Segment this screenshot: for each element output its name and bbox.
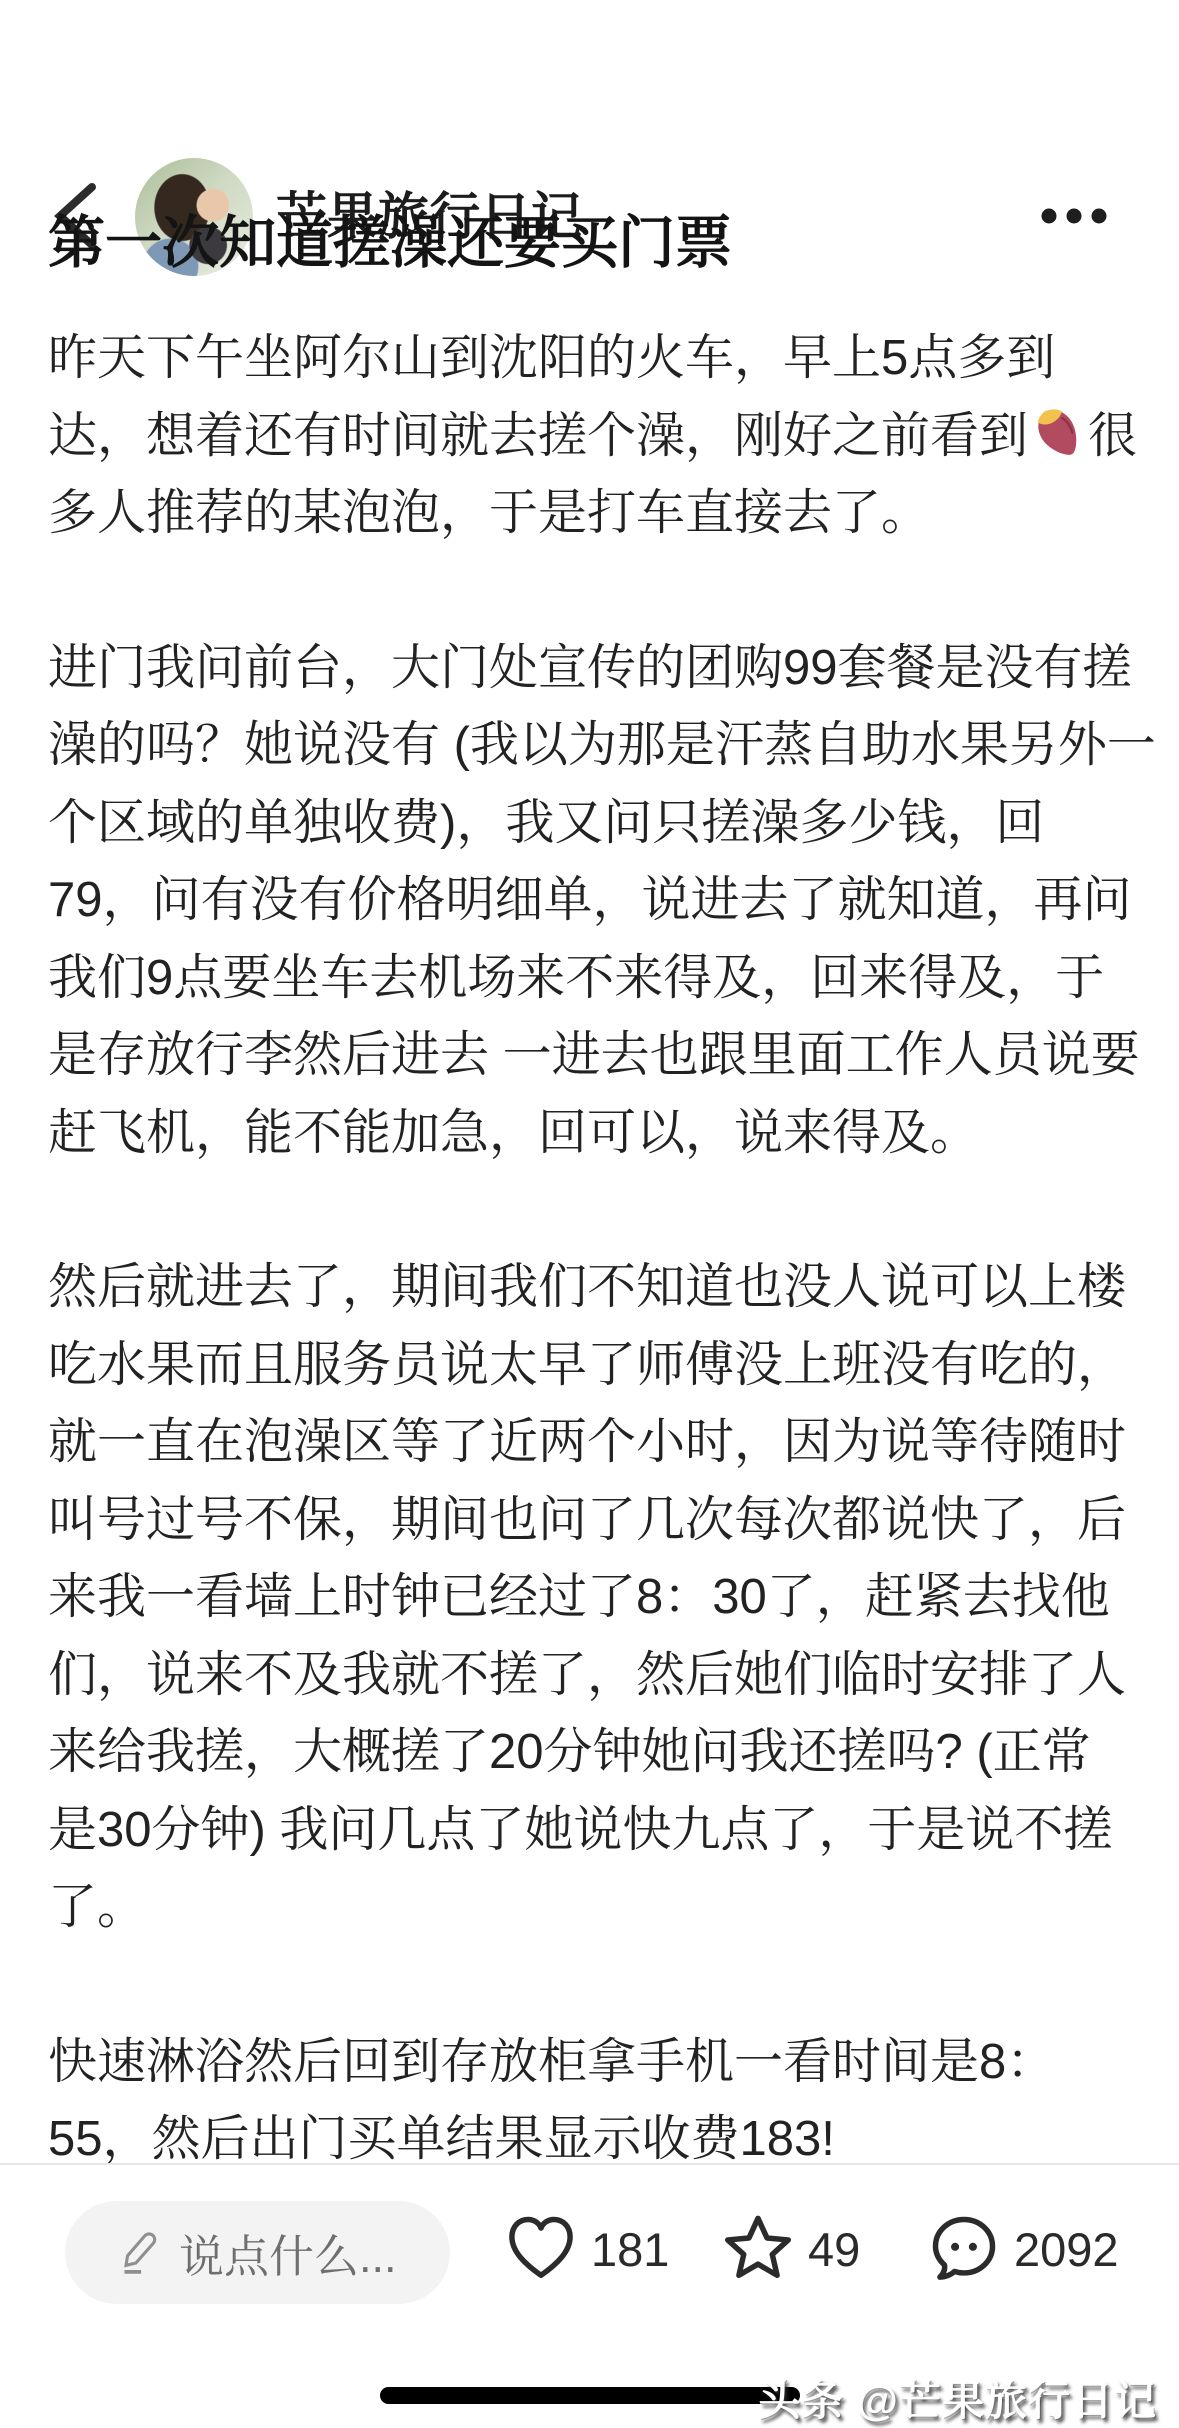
like-count: 181 xyxy=(591,2222,669,2277)
post-paragraph: 昨天下午坐阿尔山到沈阳的火车，早上5点多到达，想着还有时间就去搓个澡，刚好之前看… xyxy=(48,320,1158,553)
post-body: 昨天下午坐阿尔山到沈阳的火车，早上5点多到达，想着还有时间就去搓个澡，刚好之前看… xyxy=(48,320,1158,2256)
favorite-button[interactable]: 49 xyxy=(720,2209,860,2289)
watermark: 头条 @芒果旅行日记 xyxy=(758,2368,1157,2428)
post-line: 个区域的单独收费)，我又问只搓澡多少钱，回 xyxy=(48,785,1158,863)
post-line: 就一直在泡澡区等了近两个小时，因为说等待随时 xyxy=(48,1404,1158,1482)
post-line: 我们9点要坐车去机场来不来得及，回来得及，于 xyxy=(48,940,1158,1018)
post-paragraph: 然后就进去了，期间我们不知道也没人说可以上楼吃水果而且服务员说太早了师傅没上班没… xyxy=(48,1249,1158,1947)
nav-bar: 芒果旅行日记 xyxy=(0,78,1179,203)
post-line: 澡的吗？她说没有 (我以为那是汗蒸自助水果另外一 xyxy=(48,707,1158,785)
post-line: 是30分钟) 我问几点了她说快九点了，于是说不搓 xyxy=(48,1792,1158,1870)
post-paragraph: 快速淋浴然后回到存放柜拿手机一看时间是8：55，然后出门买单结果显示收费183! xyxy=(48,2024,1158,2179)
pencil-icon xyxy=(71,2226,161,2279)
post-line: 赶飞机，能不能加急，回可以，说来得及。 xyxy=(48,1095,1158,1173)
roasted-sweet-potato-icon xyxy=(1028,402,1088,462)
post-title: 第一次知道搓澡还要买门票 xyxy=(48,205,1138,281)
post-line: 多人推荐的某泡泡，于是打车直接去了。 xyxy=(48,475,1158,553)
post-line: 来我一看墙上时钟已经过了8：30了，赶紧去找他 xyxy=(48,1559,1158,1637)
post-detail-screen: 芒果旅行日记 第一次知道搓澡还要买门票 昨天下午坐阿尔山到沈阳的火车，早上5点多… xyxy=(0,0,1179,2428)
comment-bubble-icon xyxy=(926,2210,1002,2289)
post-line: 吃水果而且服务员说太早了师傅没上班没有吃的， xyxy=(48,1327,1158,1405)
post-line: 是存放行李然后进去 一进去也跟里面工作人员说要 xyxy=(48,1017,1158,1095)
like-button[interactable]: 181 xyxy=(503,2209,669,2289)
post-line: 79，问有没有价格明细单，说进去了就知道，再问 xyxy=(48,862,1158,940)
post-paragraph: 进门我问前台，大门处宣传的团购99套餐是没有搓澡的吗？她说没有 (我以为那是汗蒸… xyxy=(48,630,1158,1173)
post-line: 来给我搓，大概搓了20分钟她问我还搓吗? (正常 xyxy=(48,1714,1158,1792)
home-indicator[interactable] xyxy=(380,2387,800,2404)
post-line: 进门我问前台，大门处宣传的团购99套餐是没有搓 xyxy=(48,630,1158,708)
post-line: 快速淋浴然后回到存放柜拿手机一看时间是8： xyxy=(48,2024,1158,2102)
comment-input[interactable]: 说点什么... xyxy=(65,2201,450,2304)
post-line: 叫号过号不保，期间也问了几次每次都说快了，后 xyxy=(48,1482,1158,1560)
post-line: 们，说来不及我就不搓了，然后她们临时安排了人 xyxy=(48,1637,1158,1715)
post-line: 了。 xyxy=(48,1869,1158,1947)
post-line: 昨天下午坐阿尔山到沈阳的火车，早上5点多到 xyxy=(48,320,1158,398)
post-line: 达，想着还有时间就去搓个澡，刚好之前看到很 xyxy=(48,398,1158,476)
comment-count: 2092 xyxy=(1014,2222,1119,2277)
favorite-count: 49 xyxy=(808,2222,860,2277)
comment-button[interactable]: 2092 xyxy=(926,2209,1119,2289)
star-icon xyxy=(720,2210,796,2289)
post-line: 然后就进去了，期间我们不知道也没人说可以上楼 xyxy=(48,1249,1158,1327)
comment-placeholder: 说点什么... xyxy=(179,2220,397,2285)
heart-icon xyxy=(503,2210,579,2289)
